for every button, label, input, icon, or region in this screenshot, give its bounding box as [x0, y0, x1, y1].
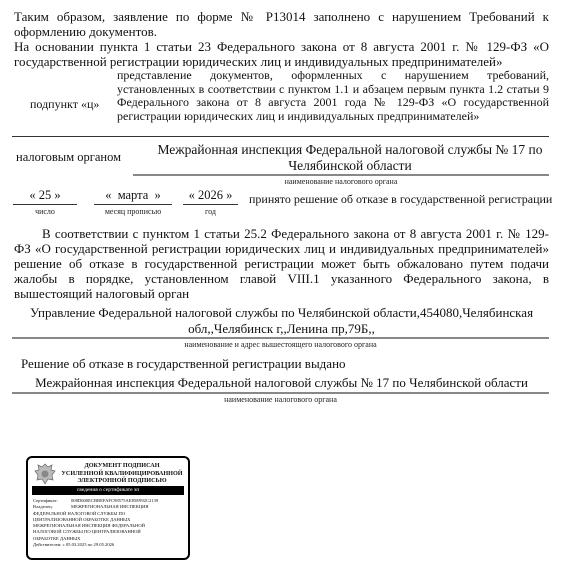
electronic-signature-stamp: ДОКУМЕНТ ПОДПИСАН УСИЛЕННОЙ КВАЛИФИЦИРОВ…: [26, 456, 190, 560]
subpoint-label: подпункт «ц»: [30, 97, 99, 111]
higher-authority-line-2: обл,,Челябинск г,,Ленина пр,79Б,,: [14, 321, 549, 337]
stamp-title-line: УСИЛЕННОЙ КВАЛИФИЦИРОВАННОЙ: [58, 470, 186, 478]
tax-authority-label: налоговым органом: [16, 150, 121, 165]
legal-basis-paragraph: На основании пункта 1 статьи 23 Федераль…: [14, 39, 549, 69]
tax-authority-caption: наименование налогового органа: [133, 177, 549, 187]
date-day-caption: число: [13, 207, 77, 217]
date-month: « марта »: [94, 188, 172, 203]
divider: [94, 204, 172, 205]
coat-of-arms-icon: [32, 461, 58, 487]
date-day: « 25 »: [13, 188, 77, 203]
decision-text: принято решение об отказе в государствен…: [249, 192, 552, 207]
date-year: « 2026 »: [183, 188, 238, 203]
date-month-caption: месяц прописью: [94, 207, 172, 217]
valid-value: с 05.03.2025 по 29.05.2026: [63, 542, 115, 547]
certificate-info-bar: сведения о сертификате эп: [32, 486, 184, 495]
date-year-caption: год: [183, 207, 238, 217]
stamp-title-line: ДОКУМЕНТ ПОДПИСАН: [58, 462, 186, 470]
subpoint-text: представление документов, оформленных с …: [117, 69, 549, 123]
stamp-title-line: ЭЛЕКТРОННОЙ ПОДПИСЬЮ: [58, 477, 186, 485]
issued-caption: наименование налогового органа: [12, 395, 549, 405]
divider: [12, 392, 549, 394]
tax-authority-value: Межрайонная инспекция Федеральной налого…: [150, 142, 550, 174]
divider: [13, 204, 77, 205]
issued-value: Межрайонная инспекция Федеральной налого…: [14, 375, 549, 391]
owner-label: Владелец:: [33, 504, 63, 510]
issued-label: Решение об отказе в государственной реги…: [21, 356, 346, 372]
divider: [133, 174, 549, 176]
intro-paragraph: Таким образом, заявление по форме № Р130…: [14, 9, 549, 39]
stamp-title: ДОКУМЕНТ ПОДПИСАН УСИЛЕННОЙ КВАЛИФИЦИРОВ…: [58, 462, 186, 485]
higher-authority-caption: наименование и адрес вышестоящего налого…: [12, 340, 549, 350]
certificate-value: 008D600ECBBEFAFC98575AE85E992C2139: [71, 498, 158, 503]
valid-label: Действителен:: [33, 542, 61, 547]
divider: [183, 204, 238, 205]
certificate-info: Сертификат:008D600ECBBEFAFC98575AE85E992…: [33, 498, 185, 548]
appeal-paragraph: В соответствии с пунктом 1 статьи 25.2 Ф…: [14, 226, 549, 301]
higher-authority-line-1: Управление Федеральной налоговой службы …: [14, 305, 549, 321]
owner-value: МЕЖРЕГИОНАЛЬНАЯ ИНСПЕКЦИЯ: [71, 504, 148, 509]
divider: [12, 136, 549, 137]
divider: [12, 337, 549, 339]
